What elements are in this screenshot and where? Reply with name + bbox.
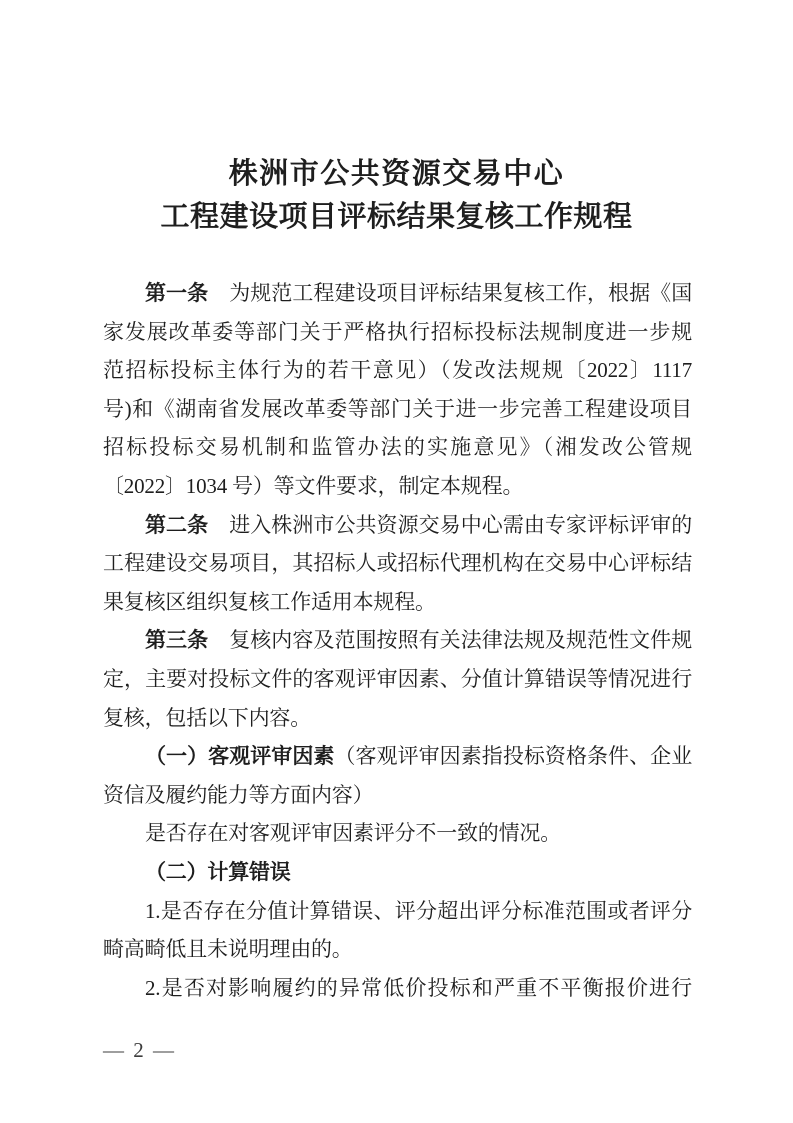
text-line: 〔2022〕1034 号）等文件要求，制定本规程。	[103, 467, 692, 506]
line-text: 果复核区组织复核工作适用本规程。	[103, 590, 436, 614]
item-label: （一）客观评审因素	[145, 744, 334, 768]
page-number: — 2 —	[103, 1037, 176, 1063]
document-body: 第一条 为规范工程建设项目评标结果复核工作，根据《国 家发展改革委等部门关于严格…	[103, 274, 692, 1007]
line-text: 范招标投标主体行为的若干意见）（发改法规规〔2022〕1117	[103, 358, 692, 382]
line-text: 招标投标交易机制和监管办法的实施意见》（湘发改公管规	[103, 435, 692, 459]
text-line: 1.是否存在分值计算错误、评分超出评分标准范围或者评分	[103, 892, 692, 931]
text-line: 第二条 进入株洲市公共资源交易中心需由专家评标评审的	[103, 506, 692, 545]
title-line-2: 工程建设项目评标结果复核工作规程	[0, 196, 793, 239]
line-text: 是否存在对客观评审因素评分不一致的情况。	[145, 821, 561, 845]
text-line: 范招标投标主体行为的若干意见）（发改法规规〔2022〕1117	[103, 351, 692, 390]
title-line-1: 株洲市公共资源交易中心	[0, 153, 793, 196]
document-page: 株洲市公共资源交易中心 工程建设项目评标结果复核工作规程 第一条 为规范工程建设…	[0, 0, 793, 1123]
text-line: 第三条 复核内容及范围按照有关法律法规及规范性文件规	[103, 621, 692, 660]
line-text: 复核内容及范围按照有关法律法规及规范性文件规	[208, 628, 692, 652]
line-text: 畸高畸低且未说明理由的。	[103, 937, 353, 961]
document-title: 株洲市公共资源交易中心 工程建设项目评标结果复核工作规程	[0, 153, 793, 239]
line-text: 进入株洲市公共资源交易中心需由专家评标评审的	[208, 513, 692, 537]
text-line: 招标投标交易机制和监管办法的实施意见》（湘发改公管规	[103, 428, 692, 467]
text-line: 畸高畸低且未说明理由的。	[103, 930, 692, 969]
article-label: 第三条	[145, 628, 208, 652]
line-text: 家发展改革委等部门关于严格执行招标投标法规制度进一步规	[103, 320, 692, 344]
text-line: （一）客观评审因素（客观评审因素指投标资格条件、企业	[103, 737, 692, 776]
line-text: 定，主要对投标文件的客观评审因素、分值计算错误等情况进行	[103, 667, 692, 691]
line-text: 1.是否存在分值计算错误、评分超出评分标准范围或者评分	[145, 899, 692, 923]
article-label: 第一条	[145, 281, 208, 305]
line-text: 号)和《湖南省发展改革委等部门关于进一步完善工程建设项目	[103, 397, 692, 421]
text-line: 号)和《湖南省发展改革委等部门关于进一步完善工程建设项目	[103, 390, 692, 429]
line-text: （客观评审因素指投标资格条件、企业	[334, 744, 692, 768]
text-line: 是否存在对客观评审因素评分不一致的情况。	[103, 814, 692, 853]
line-text: 2.是否对影响履约的异常低价投标和严重不平衡报价进行	[145, 976, 692, 1000]
text-line: 果复核区组织复核工作适用本规程。	[103, 583, 692, 622]
text-line: （二）计算错误	[103, 853, 692, 892]
text-line: 资信及履约能力等方面内容）	[103, 776, 692, 815]
text-line: 家发展改革委等部门关于严格执行招标投标法规制度进一步规	[103, 313, 692, 352]
text-line: 第一条 为规范工程建设项目评标结果复核工作，根据《国	[103, 274, 692, 313]
item-label: （二）计算错误	[145, 860, 291, 884]
line-text: 〔2022〕1034 号）等文件要求，制定本规程。	[103, 474, 523, 498]
text-line: 复核，包括以下内容。	[103, 699, 692, 738]
article-label: 第二条	[145, 513, 208, 537]
line-text: 工程建设交易项目，其招标人或招标代理机构在交易中心评标结	[103, 551, 692, 575]
text-line: 2.是否对影响履约的异常低价投标和严重不平衡报价进行	[103, 969, 692, 1008]
text-line: 定，主要对投标文件的客观评审因素、分值计算错误等情况进行	[103, 660, 692, 699]
line-text: 资信及履约能力等方面内容）	[103, 783, 373, 807]
line-text: 复核，包括以下内容。	[103, 706, 311, 730]
line-text: 为规范工程建设项目评标结果复核工作，根据《国	[208, 281, 692, 305]
text-line: 工程建设交易项目，其招标人或招标代理机构在交易中心评标结	[103, 544, 692, 583]
